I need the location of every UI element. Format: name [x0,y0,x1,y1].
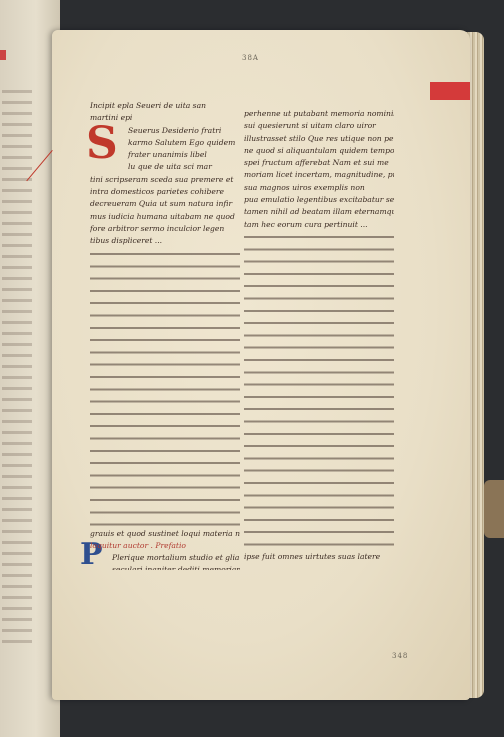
red-tab [430,82,470,100]
text-line: perhenne ut putabant memoria nominis [244,108,394,120]
previous-page-text [2,90,32,650]
text-line: Plerique mortalium studio et glia [90,552,240,564]
text-line: illustrasset stilo Que res utique non pe… [244,133,394,145]
text-line: moriam licet incertam, magnitudine, pro [244,169,394,181]
text-line: martini epi [90,112,240,124]
text-line: tam hec eorum cura pertinuit ... [244,219,394,231]
rubric-line: loquitur auctor . Prefatio [90,540,240,552]
text-line: ipse fuit omnes uirtutes suas latere [244,551,394,563]
text-line: intra domesticos parietes cohibere [90,186,240,198]
top-folio-number: 38A [242,54,259,62]
red-marker [0,50,6,60]
bottom-folio-number: 348 [392,652,408,660]
text-line: Seuerus Desiderio fratri [90,125,240,137]
left-column: Incipit epla Seueri de uita san martini … [90,100,240,570]
text-line: pua emulatio legentibus excitabatur sed [244,194,394,206]
text-line: lu que de uita sci mar [90,161,240,173]
text-line: frater unanimis libel [90,149,240,161]
text-block [244,231,394,551]
right-column: perhenne ut putabant memoria nominis sui… [244,108,394,568]
text-line: tini scripseram sceda sua premere et [90,174,240,186]
text-line: tibus displiceret ... [90,235,240,247]
text-line: grauis et quod sustinet loqui materia no… [90,528,240,540]
text-line: tamen nihil ad beatam illam eternamque u… [244,206,394,218]
previous-page-edge [0,0,60,737]
text-line: decreueram Quia ut sum natura infir [90,198,240,210]
text-line: spei fructum afferebat Nam et sui me [244,157,394,169]
text-block [90,248,240,528]
text-line: seculari inaniter dediti memoriam [90,564,240,570]
text-line: sui quesierunt si uitam claro uiror [244,120,394,132]
text-line: fore arbitror sermo inculcior legen [90,223,240,235]
text-line: ne quod si aliquantulam quidem temporis [244,145,394,157]
text-line: sua magnos uiros exemplis non [244,182,394,194]
text-line: Incipit epla Seueri de uita san [90,100,240,112]
clasp [484,480,504,538]
text-line: mus iudicia humana uitabam ne quod [90,211,240,223]
text-line: karmo Salutem Ego quidem [90,137,240,149]
